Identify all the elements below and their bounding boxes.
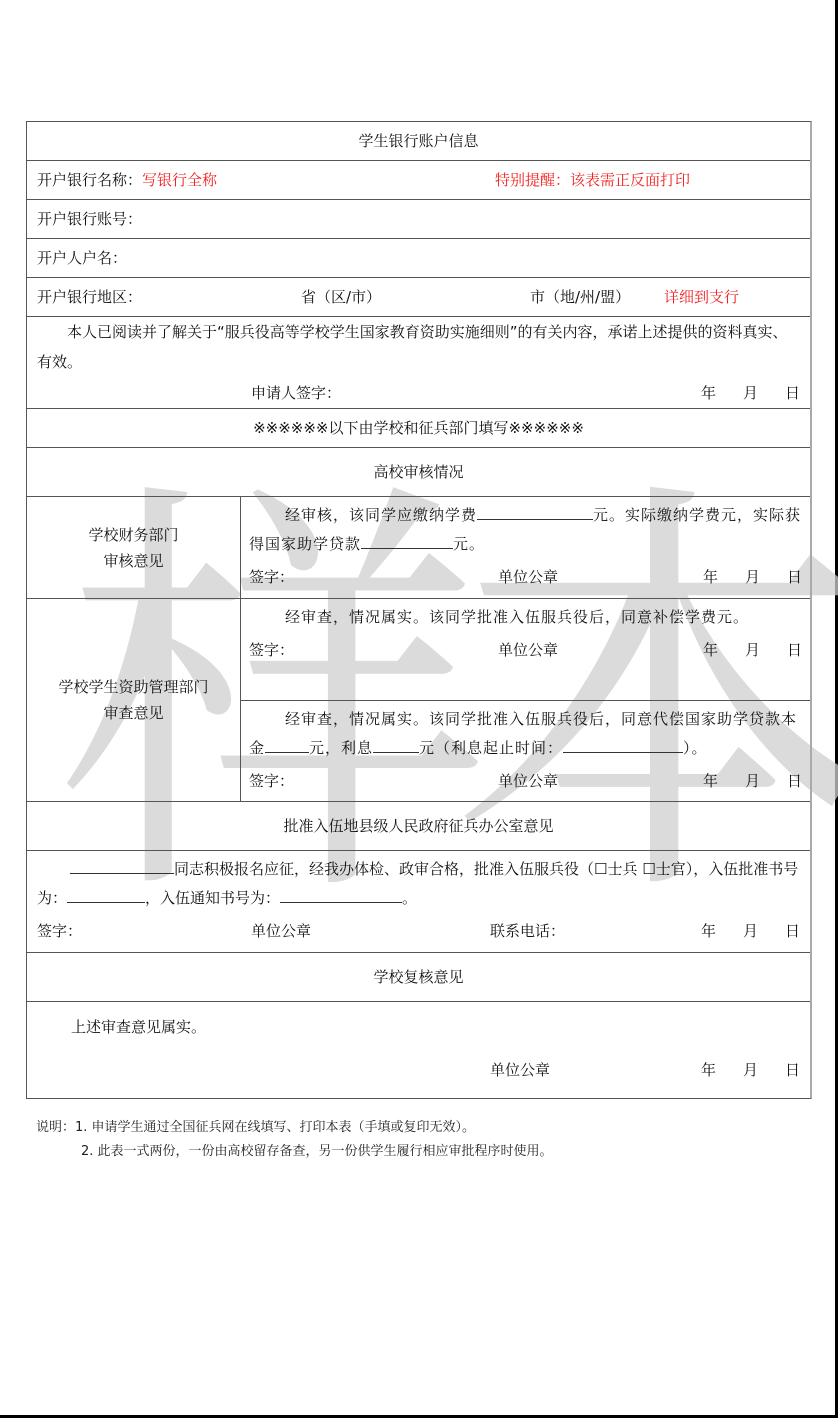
school-review-title: 高校审核情况 xyxy=(27,448,810,497)
conscription-office-row: 同志积极报名应征，经我办体检、政审合格，批准入伍服兵役（☐士兵 ☐士官），入伍批… xyxy=(27,851,810,953)
finance-review-row: 学校财务部门 审核意见 经审核，该同学应缴纳学费元。实际缴纳学费元，实际获得国家… xyxy=(27,497,810,599)
recheck-sign-row: 单位公章 年月日 xyxy=(37,1052,800,1088)
loan-text-b: 元，利息 xyxy=(309,739,373,757)
year-label: 年 xyxy=(703,632,718,668)
finance-text-a: 经审核，该同学应缴纳学费 xyxy=(285,506,477,524)
conscription-sign-row: 签字： 单位公章 联系电话： 年月日 xyxy=(37,913,800,949)
conscription-text-a: 同志积极报名应征，经我办体检、政审合格，批准入伍服兵役（ xyxy=(174,860,594,878)
tuition-date: 年月日 xyxy=(676,632,802,668)
year-label: 年 xyxy=(701,1052,716,1088)
note-line-1: 说明：1. 申请学生通过全国征兵网在线填写、打印本表（手填或复印无效）。 xyxy=(36,1116,553,1140)
region-hint: 详细到支行 xyxy=(664,278,739,317)
loan-seal-label: 单位公章 xyxy=(498,763,558,799)
declaration-text: 本人已阅读并了解关于“服兵役高等学校学生国家教育资助实施细则”的有关内容，承诺上… xyxy=(37,317,800,377)
bank-name-row: 开户银行名称：写银行全称 特别提醒：该表需正反面打印 xyxy=(27,161,810,200)
month-label: 月 xyxy=(743,1052,758,1088)
bank-name-label: 开户银行名称： xyxy=(37,171,142,189)
tuition-seal-label: 单位公章 xyxy=(498,632,558,668)
day-label: 日 xyxy=(785,377,800,409)
month-label: 月 xyxy=(743,913,758,949)
finance-review-text: 经审核，该同学应缴纳学费元。实际缴纳学费元，实际获得国家助学贷款元。 xyxy=(249,497,802,559)
recheck-text: 上述审查意见属实。 xyxy=(37,1002,800,1052)
finance-review-cell: 经审核，该同学应缴纳学费元。实际缴纳学费元，实际获得国家助学贷款元。 签字： 单… xyxy=(241,497,810,598)
nco-checkbox[interactable]: ☐ xyxy=(642,860,655,878)
date-fields: 年月日 xyxy=(674,377,800,409)
student-name-blank[interactable] xyxy=(70,856,174,874)
bank-info-title: 学生银行账户信息 xyxy=(27,122,810,161)
province-label: 省（区/市） xyxy=(301,278,381,317)
month-label: 月 xyxy=(745,632,760,668)
conscription-seal-label: 单位公章 xyxy=(251,913,311,949)
loan-sign-label[interactable]: 签字： xyxy=(249,772,294,790)
month-label: 月 xyxy=(745,559,760,595)
aid-dept-label: 学校学生资助管理部门 审查意见 xyxy=(27,599,241,801)
school-recheck-title: 学校复核意见 xyxy=(27,953,810,1002)
contact-phone-label[interactable]: 联系电话： xyxy=(490,913,565,949)
year-label: 年 xyxy=(703,559,718,595)
loan-principal-blank[interactable] xyxy=(265,735,309,753)
notice-number-label: ，入伍通知书号为： xyxy=(145,889,280,907)
declaration-row: 本人已阅读并了解关于“服兵役高等学校学生国家教育资助实施细则”的有关内容，承诺上… xyxy=(27,317,810,409)
note-line-2: 2. 此表一式两份，一份由高校留存备查，另一份供学生履行相应审批程序时使用。 xyxy=(36,1140,553,1164)
finance-sign-row: 签字： 单位公章 年月日 xyxy=(249,559,802,595)
year-label: 年 xyxy=(703,763,718,799)
tuition-compensation-text: 经审查，情况属实。该同学批准入伍服兵役后，同意补偿学费元。 xyxy=(249,599,802,632)
nco-option-label: 士官 xyxy=(656,860,686,878)
print-reminder: 特别提醒：该表需正反面打印 xyxy=(495,161,690,200)
conscription-date: 年月日 xyxy=(674,913,800,949)
aid-review-row: 学校学生资助管理部门 审查意见 经审查，情况属实。该同学批准入伍服兵役后，同意补… xyxy=(27,599,810,802)
month-label: 月 xyxy=(745,763,760,799)
conscription-sign-label[interactable]: 签字： xyxy=(37,922,82,940)
aid-dept-label-line2: 审查意见 xyxy=(58,700,208,726)
day-label: 日 xyxy=(787,559,802,595)
notice-number-blank[interactable] xyxy=(280,885,402,903)
account-holder-label: 开户人户名： xyxy=(37,249,127,267)
tuition-sign-row: 签字： 单位公章 年月日 xyxy=(249,632,802,668)
interest-period-blank[interactable] xyxy=(563,735,683,753)
day-label: 日 xyxy=(785,913,800,949)
year-label: 年 xyxy=(701,913,716,949)
conscription-text: 同志积极报名应征，经我办体检、政审合格，批准入伍服兵役（☐士兵 ☐士官），入伍批… xyxy=(37,851,800,913)
applicant-sign-label[interactable]: 申请人签字： xyxy=(251,377,341,409)
loan-interest-blank[interactable] xyxy=(373,735,419,753)
recheck-seal-label: 单位公章 xyxy=(490,1052,550,1088)
recheck-date: 年月日 xyxy=(674,1052,800,1088)
applicant-sign-line: 申请人签字： 年月日 xyxy=(37,377,800,409)
loan-date: 年月日 xyxy=(676,763,802,799)
finance-dept-label-line2: 审核意见 xyxy=(88,548,178,574)
finance-text-c: 元。 xyxy=(453,535,485,553)
bank-account-label: 开户银行账号： xyxy=(37,210,142,228)
month-label: 月 xyxy=(743,377,758,409)
form-notes: 说明：1. 申请学生通过全国征兵网在线填写、打印本表（手填或复印无效）。 2. … xyxy=(36,1116,553,1164)
tuition-sign-label[interactable]: 签字： xyxy=(249,641,294,659)
conscription-text-b: ）， xyxy=(686,860,709,878)
finance-dept-label: 学校财务部门 审核意见 xyxy=(27,497,241,598)
finance-seal-label: 单位公章 xyxy=(498,559,558,595)
loan-text-d: ）。 xyxy=(683,739,708,757)
bank-region-label: 开户银行地区： xyxy=(37,288,142,306)
city-label: 市（地/州/盟） xyxy=(530,278,630,317)
loan-text-c: 元（利息起止时间： xyxy=(419,739,563,757)
loan-repayment-text: 经审查，情况属实。该同学批准入伍服兵役后，同意代偿国家助学贷款本金元，利息元（利… xyxy=(249,701,802,763)
loan-repayment-cell: 经审查，情况属实。该同学批准入伍服兵役后，同意代偿国家助学贷款本金元，利息元（利… xyxy=(241,700,810,801)
bank-name-hint[interactable]: 写银行全称 xyxy=(142,171,217,189)
aid-application-form: 学生银行账户信息 开户银行名称：写银行全称 特别提醒：该表需正反面打印 开户银行… xyxy=(26,121,812,1099)
school-recheck-row: 上述审查意见属实。 单位公章 年月日 xyxy=(27,1002,810,1098)
day-label: 日 xyxy=(787,763,802,799)
tuition-due-blank[interactable] xyxy=(477,502,593,520)
conscription-text-end: 。 xyxy=(402,889,417,907)
loan-amount-blank[interactable] xyxy=(361,531,453,549)
tuition-compensation-cell: 经审查，情况属实。该同学批准入伍服兵役后，同意补偿学费元。 签字： 单位公章 年… xyxy=(241,599,810,700)
soldier-option-label: 士兵 xyxy=(607,860,637,878)
conscription-office-title: 批准入伍地县级人民政府征兵办公室意见 xyxy=(27,802,810,851)
soldier-checkbox[interactable]: ☐ xyxy=(594,860,607,878)
finance-sign-label[interactable]: 签字： xyxy=(249,568,294,586)
section-divider: ※※※※※※以下由学校和征兵部门填写※※※※※※ xyxy=(27,409,810,448)
year-label: 年 xyxy=(701,377,716,409)
day-label: 日 xyxy=(785,1052,800,1088)
bank-region-row[interactable]: 开户银行地区： 省（区/市） 市（地/州/盟） 详细到支行 xyxy=(27,278,810,317)
account-holder-row[interactable]: 开户人户名： xyxy=(27,239,810,278)
loan-sign-row: 签字： 单位公章 年月日 xyxy=(249,763,802,799)
day-label: 日 xyxy=(787,632,802,668)
finance-dept-label-line1: 学校财务部门 xyxy=(88,522,178,548)
approval-number-blank[interactable] xyxy=(67,885,145,903)
finance-date: 年月日 xyxy=(676,559,802,595)
bank-account-row[interactable]: 开户银行账号： xyxy=(27,200,810,239)
aid-dept-label-line1: 学校学生资助管理部门 xyxy=(58,674,208,700)
